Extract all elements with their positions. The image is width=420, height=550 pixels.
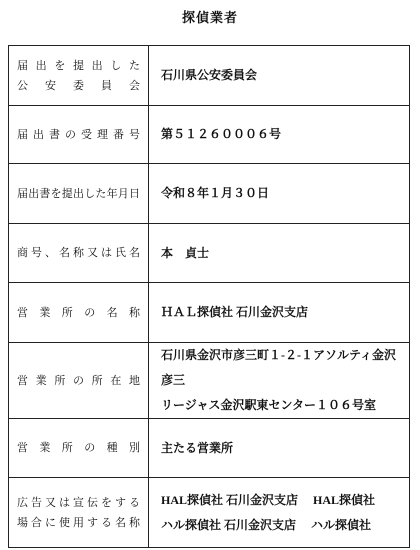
detective-registry-table: 届出を提出した 公安委員会 石川県公安委員会 届出書の受理番号 第５１２６０００… [8,45,410,548]
label-line: 届出書を提出した年月日 [17,184,140,204]
label-line: 営業所の名称 [17,303,140,323]
row-value: 第５１２６０００６号 [149,106,410,164]
value-line: 主たる営業所 [161,436,403,461]
label-line: 営業所の種別 [17,438,140,458]
row-value: HAL探偵社 石川金沢支店 HAL探偵社 ハル探偵社 石川金沢支店 ハル探偵社 [149,478,410,548]
table-row-office-type: 営業所の種別 主たる営業所 [9,419,410,478]
table-row-trade-name: 商号、名称又は氏名 本 貞士 [9,224,410,283]
table-row-receipt-number: 届出書の受理番号 第５１２６０００６号 [9,106,410,164]
row-label: 営業所の名称 [9,283,149,343]
label-line: 営業所の所在地 [17,371,140,391]
row-label: 届出書の受理番号 [9,106,149,164]
label-line: 届出を提出した [17,56,140,76]
value-line: 第５１２６０００６号 [161,122,403,147]
label-line: 届出書の受理番号 [17,125,140,145]
row-label: 届出を提出した 公安委員会 [9,46,149,106]
row-value: 石川県公安委員会 [149,46,410,106]
label-line: 商号、名称又は氏名 [17,243,140,263]
value-line: 令和８年１月３０日 [161,181,403,206]
table-row-office-address: 営業所の所在地 石川県金沢市彦三町１-２-１アソルティ金沢彦三 リージャス金沢駅… [9,343,410,419]
table-row-notifying-commission: 届出を提出した 公安委員会 石川県公安委員会 [9,46,410,106]
value-line: ハル探偵社 石川金沢支店 ハル探偵社 [161,513,403,538]
row-label: 広告又は宣伝をする 場合に使用する名称 [9,478,149,548]
label-line: 場合に使用する名称 [17,513,140,533]
table-row-advertising-names: 広告又は宣伝をする 場合に使用する名称 HAL探偵社 石川金沢支店 HAL探偵社… [9,478,410,548]
row-value: 令和８年１月３０日 [149,164,410,224]
row-label: 営業所の種別 [9,419,149,478]
row-label: 営業所の所在地 [9,343,149,419]
value-line: HAL探偵社 石川金沢支店 HAL探偵社 [161,488,403,513]
value-line: 石川県公安委員会 [161,63,403,88]
value-line: 石川県金沢市彦三町１-２-１アソルティ金沢彦三 [161,343,403,393]
row-value: ＨＡＬ探偵社 石川金沢支店 [149,283,410,343]
label-line: 公安委員会 [17,76,140,96]
row-label: 商号、名称又は氏名 [9,224,149,283]
value-line: 本 貞士 [161,241,403,266]
table-row-submission-date: 届出書を提出した年月日 令和８年１月３０日 [9,164,410,224]
row-value: 石川県金沢市彦三町１-２-１アソルティ金沢彦三 リージャス金沢駅東センター１０６… [149,343,410,419]
label-line: 広告又は宣伝をする [17,493,140,513]
value-line: リージャス金沢駅東センター１０６号室 [161,393,403,418]
value-line: ＨＡＬ探偵社 石川金沢支店 [161,300,403,325]
page-title: 探偵業者 [0,7,420,26]
row-value: 本 貞士 [149,224,410,283]
row-label: 届出書を提出した年月日 [9,164,149,224]
table-row-office-name: 営業所の名称 ＨＡＬ探偵社 石川金沢支店 [9,283,410,343]
row-value: 主たる営業所 [149,419,410,478]
document-page: 探偵業者 届出を提出した 公安委員会 石川県公安委員会 届出書の受理番号 [0,0,420,550]
